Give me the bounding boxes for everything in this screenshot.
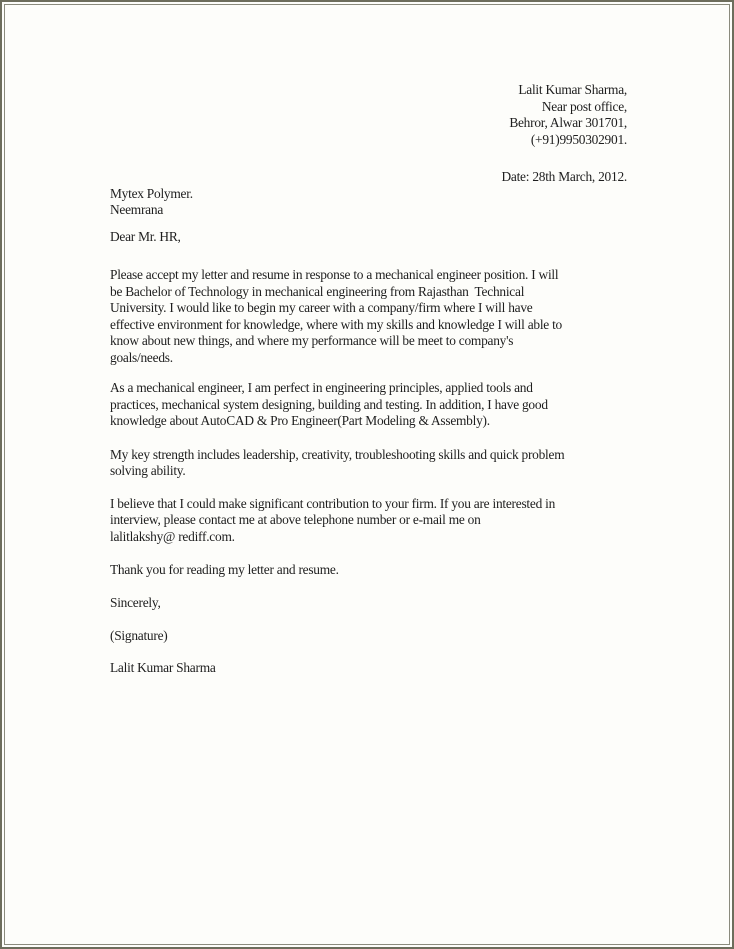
- body-paragraph-contact: I believe that I could make significant …: [110, 496, 627, 546]
- date-line: Date: 28th March, 2012.: [110, 169, 627, 186]
- signoff: Sincerely,: [110, 595, 627, 612]
- salutation: Dear Mr. HR,: [110, 229, 627, 246]
- letter-content: Lalit Kumar Sharma, Near post office, Be…: [0, 0, 734, 676]
- body-paragraph-strengths: My key strength includes leadership, cre…: [110, 447, 627, 480]
- recipient-block: Mytex Polymer. Neemrana: [110, 186, 627, 219]
- signature-placeholder: (Signature): [110, 628, 627, 645]
- body-paragraph-skills: As a mechanical engineer, I am perfect i…: [110, 380, 627, 430]
- sender-address-block: Lalit Kumar Sharma, Near post office, Be…: [110, 82, 627, 148]
- body-paragraph-intro: Please accept my letter and resume in re…: [110, 267, 627, 366]
- letter-page: Lalit Kumar Sharma, Near post office, Be…: [0, 0, 734, 949]
- thanks-line: Thank you for reading my letter and resu…: [110, 562, 627, 579]
- signature-name: Lalit Kumar Sharma: [110, 660, 627, 677]
